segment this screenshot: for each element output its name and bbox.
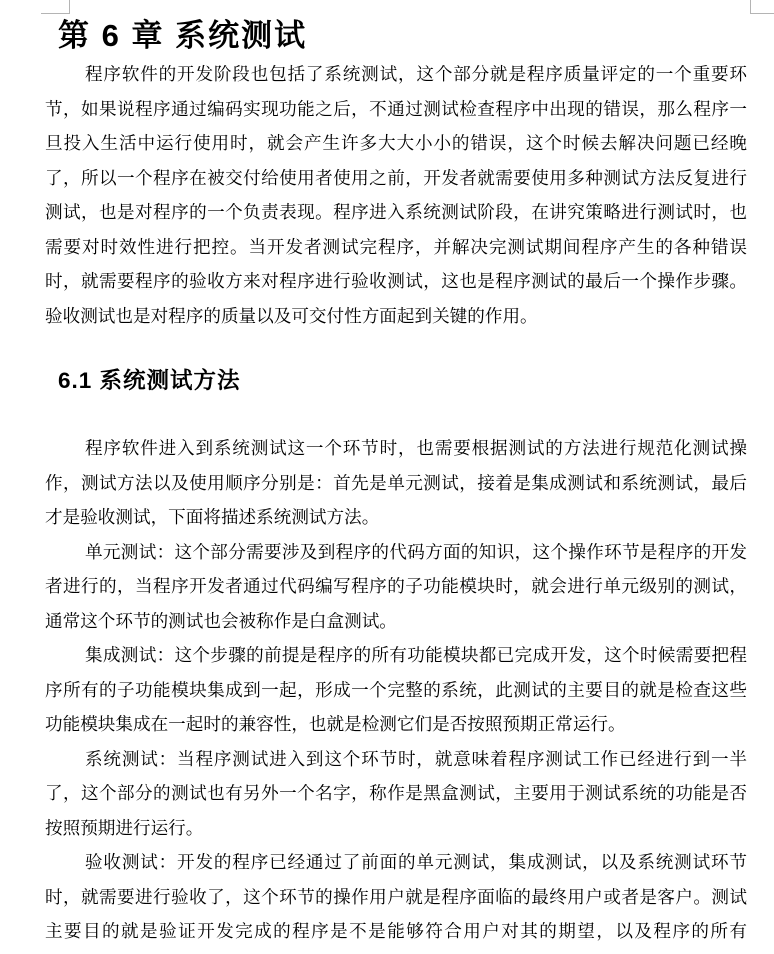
text-boundary-mark-top-right [750,0,774,14]
section-paragraph-integration-testing: 集成测试：这个步骤的前提是程序的所有功能模块都已完成开发，这个时候需要把程序所有… [45,638,747,742]
page-content: 第 6 章 系统测试 程序软件的开发阶段也包括了系统测试，这个部分就是程序质量评… [45,13,747,949]
section-heading: 6.1 系统测试方法 [58,366,747,396]
section-paragraph-overview: 程序软件进入到系统测试这一个环节时，也需要根据测试的方法进行规范化测试操作，测试… [45,431,747,535]
chapter-title: 第 6 章 系统测试 [58,15,747,57]
section-paragraph-system-testing: 系统测试：当程序测试进入到这个环节时，就意味着程序测试工作已经进行到一半了，这个… [45,742,747,846]
document-page: 第 6 章 系统测试 程序软件的开发阶段也包括了系统测试，这个部分就是程序质量评… [0,0,774,954]
section-paragraph-acceptance-testing: 验收测试：开发的程序已经通过了前面的单元测试，集成测试，以及系统测试环节时，就需… [45,845,747,949]
text-boundary-mark-top-left [41,0,70,14]
intro-paragraph: 程序软件的开发阶段也包括了系统测试，这个部分就是程序质量评定的一个重要环节，如果… [45,57,747,333]
section-paragraph-unit-testing: 单元测试：这个部分需要涉及到程序的代码方面的知识，这个操作环节是程序的开发者进行… [45,535,747,639]
